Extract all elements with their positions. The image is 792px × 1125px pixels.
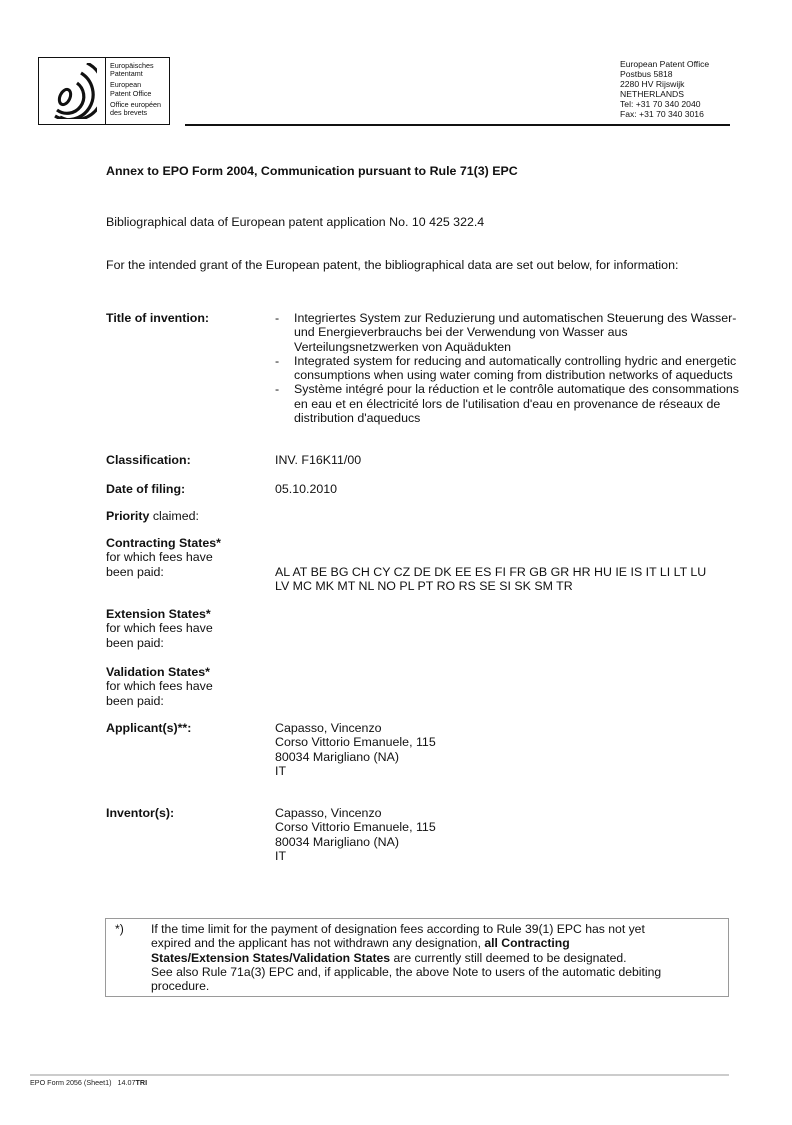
inventors-label: Inventor(s):	[106, 806, 174, 820]
footer-divider	[30, 1074, 729, 1076]
inventors-value: Capasso, Vincenzo Corso Vittorio Emanuel…	[275, 806, 436, 863]
title-item-de: - Integriertes System zur Reduzierung un…	[275, 311, 745, 354]
logo-line: des brevets	[110, 109, 161, 117]
applicants-value: Capasso, Vincenzo Corso Vittorio Emanuel…	[275, 721, 436, 778]
priority-label: Priority claimed:	[106, 509, 199, 523]
contracting-states-label: Contracting States* for which fees have …	[106, 536, 221, 579]
date-of-filing-label: Date of filing:	[106, 482, 185, 496]
header-divider	[185, 124, 730, 126]
date-of-filing-value: 05.10.2010	[275, 482, 337, 496]
title-item-en: - Integrated system for reducing and aut…	[275, 354, 745, 383]
epo-logo: Europäisches Patentamt European Patent O…	[38, 57, 170, 125]
validation-states-label: Validation States* for which fees have b…	[106, 665, 213, 708]
logo-line: Patent Office	[110, 90, 161, 98]
designation-footnote: *) If the time limit for the payment of …	[105, 918, 729, 997]
address-line: European Patent Office	[620, 59, 709, 69]
footnote-text: If the time limit for the payment of des…	[151, 922, 721, 993]
extension-states-label: Extension States* for which fees have be…	[106, 607, 213, 650]
form-reference: EPO Form 2056 (Sheet1) 14.07TRI	[30, 1078, 147, 1087]
classification-label: Classification:	[106, 453, 191, 467]
classification-value: INV. F16K11/00	[275, 453, 361, 467]
title-of-invention-label: Title of invention:	[106, 311, 209, 325]
epo-logo-icon	[39, 58, 106, 124]
logo-line: Patentamt	[110, 70, 161, 78]
applicants-label: Applicant(s)**:	[106, 721, 191, 735]
address-line: 2280 HV Rijswijk	[620, 79, 709, 89]
office-address: European Patent Office Postbus 5818 2280…	[620, 59, 709, 119]
address-line: Fax: +31 70 340 3016	[620, 109, 709, 119]
address-line: Tel: +31 70 340 2040	[620, 99, 709, 109]
title-item-fr: - Système intégré pour la réduction et l…	[275, 382, 745, 425]
epo-logo-text: Europäisches Patentamt European Patent O…	[106, 58, 161, 124]
document-title: Annex to EPO Form 2004, Communication pu…	[106, 164, 518, 178]
footnote-marker: *)	[115, 922, 124, 936]
title-of-invention-list: - Integriertes System zur Reduzierung un…	[275, 311, 745, 425]
address-line: NETHERLANDS	[620, 89, 709, 99]
intro-text: For the intended grant of the European p…	[106, 258, 678, 272]
contracting-states-value: AL AT BE BG CH CY CZ DE DK EE ES FI FR G…	[275, 565, 706, 594]
address-line: Postbus 5818	[620, 69, 709, 79]
application-number-line: Bibliographical data of European patent …	[106, 215, 484, 229]
